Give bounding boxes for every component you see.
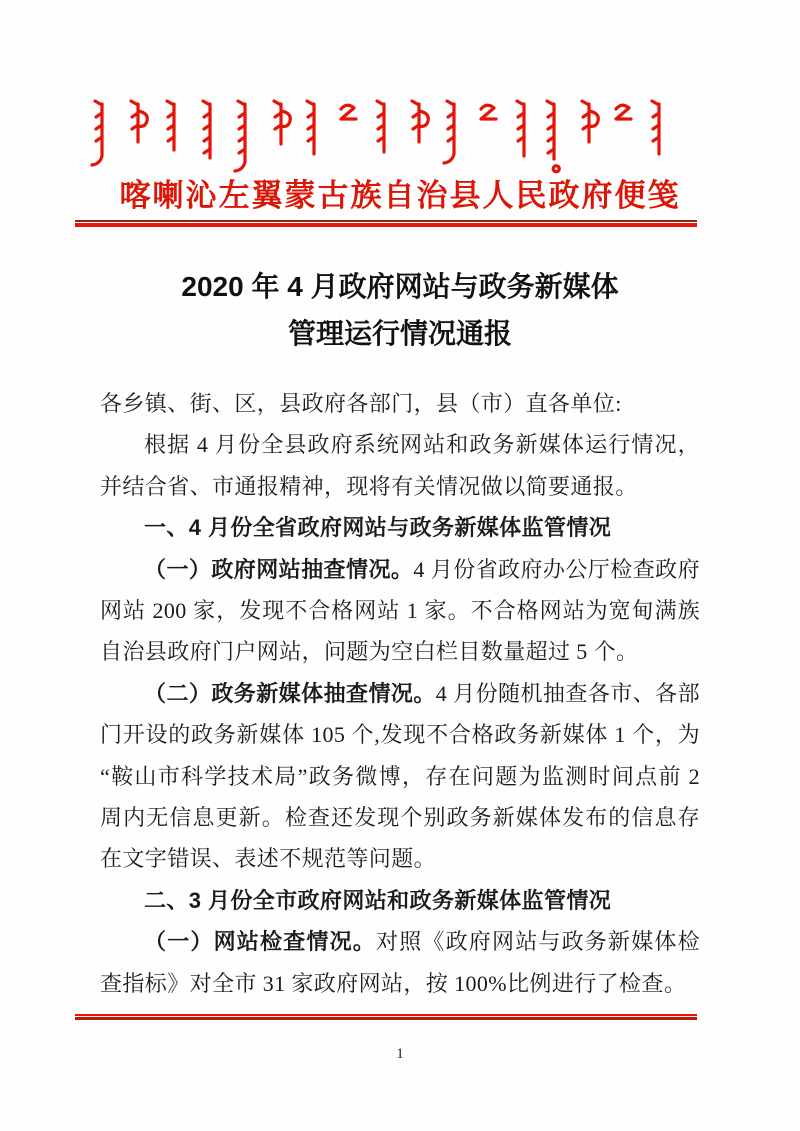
- section-1-1-paragraph: （一）政府网站抽查情况。4 月份省政府办公厅检查政府网站 200 家，发现不合格…: [100, 549, 700, 673]
- intro-paragraph: 根据 4 月份全县政府系统网站和政务新媒体运行情况，并结合省、市通报精神，现将有…: [100, 424, 700, 507]
- section-1-2-text: 4 月份随机抽查各市、各部门开设的政务新媒体 105 个,发现不合格政务新媒体 …: [100, 681, 700, 872]
- page-number: 1: [0, 1046, 800, 1063]
- footer-divider-rule: [75, 1014, 697, 1020]
- section-1-heading: 一、4 月份全省政府网站与政务新媒体监管情况: [100, 507, 700, 548]
- document-title: 2020 年 4 月政府网站与政务新媒体 管理运行情况通报: [0, 263, 800, 357]
- mongolian-script-banner: [90, 96, 690, 180]
- document-title-line2: 管理运行情况通报: [0, 310, 800, 357]
- section-1-2-lead: （二）政务新媒体抽查情况。: [144, 681, 436, 706]
- salutation: 各乡镇、街、区，县政府各部门，县（市）直各单位:: [100, 383, 700, 424]
- document-title-line1: 2020 年 4 月政府网站与政务新媒体: [0, 263, 800, 310]
- document-page: 喀喇沁左翼蒙古族自治县人民政府便笺 2020 年 4 月政府网站与政务新媒体 管…: [0, 0, 800, 1131]
- organization-masthead-title: 喀喇沁左翼蒙古族自治县人民政府便笺: [0, 170, 800, 215]
- section-1-2-paragraph: （二）政务新媒体抽查情况。4 月份随机抽查各市、各部门开设的政务新媒体 105 …: [100, 673, 700, 880]
- masthead-divider-rule: [75, 220, 697, 227]
- section-2-1-paragraph: （一）网站检查情况。对照《政府网站与政务新媒体检查指标》对全市 31 家政府网站…: [100, 921, 700, 1004]
- section-1-1-lead: （一）政府网站抽查情况。: [144, 557, 413, 582]
- section-2-1-lead: （一）网站检查情况。: [144, 929, 376, 954]
- section-2-heading: 二、3 月份全市政府网站和政务新媒体监管情况: [100, 880, 700, 921]
- document-body: 各乡镇、街、区，县政府各部门，县（市）直各单位: 根据 4 月份全县政府系统网站…: [100, 383, 700, 1004]
